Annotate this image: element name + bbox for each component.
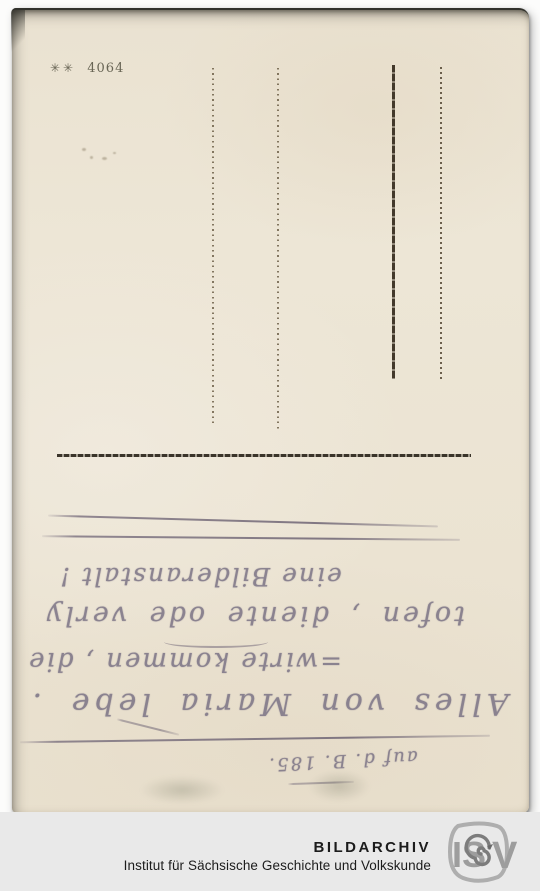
isgv-logo-icon: IS V [441, 819, 523, 885]
dotted-guide-line [212, 68, 214, 426]
handwriting-line: =wirte kommen , die [52, 646, 342, 676]
control-number-stamp: ✳✳ 4064 [50, 61, 124, 76]
archive-subtitle: Institut für Sächsische Geschichte und V… [124, 858, 431, 873]
paper-speck [90, 156, 93, 159]
archive-credit: BILDARCHIV Institut für Sächsische Gesch… [124, 839, 431, 873]
scan-background: ✳✳ 4064 eine Bilderanstalt ! tofen , die… [0, 0, 540, 812]
archive-footer: BILDARCHIV Institut für Sächsische Gesch… [0, 812, 540, 891]
dotted-guide-line [277, 68, 279, 430]
handwriting-line: Alles von Maria lebe . [18, 686, 518, 721]
postcard-back-scan: ✳✳ 4064 eine Bilderanstalt ! tofen , die… [12, 8, 529, 813]
paper-speck [113, 152, 116, 154]
paper-speck [82, 148, 86, 151]
pencil-rule [20, 735, 490, 744]
handwriting-line: tofen , diente ode verly [32, 600, 477, 631]
address-divider-line [57, 454, 471, 457]
asterisk-marks-icon: ✳✳ [50, 61, 76, 75]
pencil-underline [48, 515, 438, 528]
control-number: 4064 [87, 61, 124, 76]
logo-letter-v: V [492, 835, 518, 877]
paper-speck [102, 157, 107, 160]
archive-title: BILDARCHIV [124, 839, 431, 856]
pencil-underline [42, 535, 460, 541]
dotted-guide-line [440, 67, 442, 382]
handwriting-line: eine Bilderanstalt ! [42, 562, 358, 591]
paper-smudge [140, 776, 224, 804]
paper-smudge [308, 770, 370, 802]
solid-guide-line [392, 65, 395, 379]
